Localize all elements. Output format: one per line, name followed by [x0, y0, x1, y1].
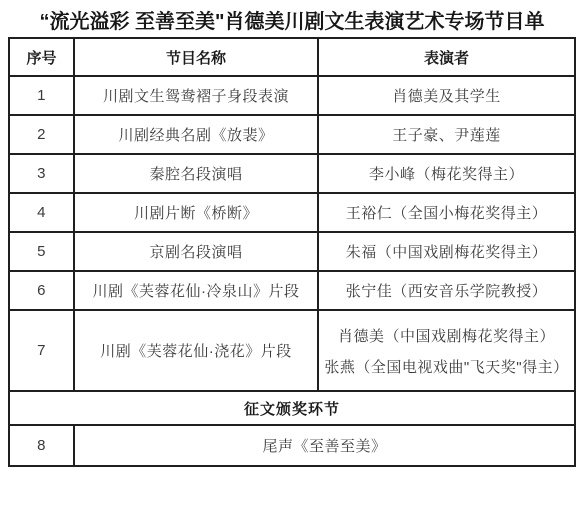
row-7-performer-line-1: 肖德美（中国戏剧梅花奖得主）	[321, 325, 572, 346]
row-1-performer: 肖德美及其学生	[318, 76, 575, 115]
row-4-performer: 王裕仁（全国小梅花奖得主）	[318, 193, 575, 232]
row-2-program: 川剧经典名剧《放裴》	[74, 115, 318, 154]
row-2-serial: 2	[9, 115, 74, 154]
section-label: 征文颁奖环节	[9, 391, 575, 425]
row-7-performer-line-2: 张燕（全国电视戏曲"飞天奖"得主）	[321, 356, 572, 377]
table-row-5: 5 京剧名段演唱 朱福（中国戏剧梅花奖得主）	[9, 232, 575, 271]
row-5-program: 京剧名段演唱	[74, 232, 318, 271]
row-7-performer: 肖德美（中国戏剧梅花奖得主） 张燕（全国电视戏曲"飞天奖"得主）	[318, 310, 575, 391]
table-row-6: 6 川剧《芙蓉花仙·冷泉山》片段 张宁佳（西安音乐学院教授）	[9, 271, 575, 310]
row-3-serial: 3	[9, 154, 74, 193]
row-7-program: 川剧《芙蓉花仙·浇花》片段	[74, 310, 318, 391]
table-header-row: 序号 节目名称 表演者	[9, 38, 575, 76]
row-8-serial: 8	[9, 425, 74, 466]
page-title: “流光溢彩 至善至美"肖德美川剧文生表演艺术专场节目单	[0, 5, 584, 34]
table-row-4: 4 川剧片断《桥断》 王裕仁（全国小梅花奖得主）	[9, 193, 575, 232]
row-5-serial: 5	[9, 232, 74, 271]
row-6-performer: 张宁佳（西安音乐学院教授）	[318, 271, 575, 310]
row-7-serial: 7	[9, 310, 74, 391]
row-3-program: 秦腔名段演唱	[74, 154, 318, 193]
table-row-3: 3 秦腔名段演唱 李小峰（梅花奖得主）	[9, 154, 575, 193]
section-row: 征文颁奖环节	[9, 391, 575, 425]
row-1-program: 川剧文生鸳鸯褶子身段表演	[74, 76, 318, 115]
row-4-program: 川剧片断《桥断》	[74, 193, 318, 232]
row-2-performer: 王子豪、尹莲莲	[318, 115, 575, 154]
row-3-performer: 李小峰（梅花奖得主）	[318, 154, 575, 193]
row-8-program: 尾声《至善至美》	[74, 425, 575, 466]
table-row-1: 1 川剧文生鸳鸯褶子身段表演 肖德美及其学生	[9, 76, 575, 115]
program-table: 序号 节目名称 表演者 1 川剧文生鸳鸯褶子身段表演 肖德美及其学生 2 川剧经…	[8, 37, 576, 467]
column-header-performer: 表演者	[318, 38, 575, 76]
row-1-serial: 1	[9, 76, 74, 115]
column-header-serial: 序号	[9, 38, 74, 76]
row-4-serial: 4	[9, 193, 74, 232]
table-row-2: 2 川剧经典名剧《放裴》 王子豪、尹莲莲	[9, 115, 575, 154]
table-row-8: 8 尾声《至善至美》	[9, 425, 575, 466]
row-6-serial: 6	[9, 271, 74, 310]
row-5-performer: 朱福（中国戏剧梅花奖得主）	[318, 232, 575, 271]
table-row-7: 7 川剧《芙蓉花仙·浇花》片段 肖德美（中国戏剧梅花奖得主） 张燕（全国电视戏曲…	[9, 310, 575, 391]
column-header-program: 节目名称	[74, 38, 318, 76]
row-6-program: 川剧《芙蓉花仙·冷泉山》片段	[74, 271, 318, 310]
